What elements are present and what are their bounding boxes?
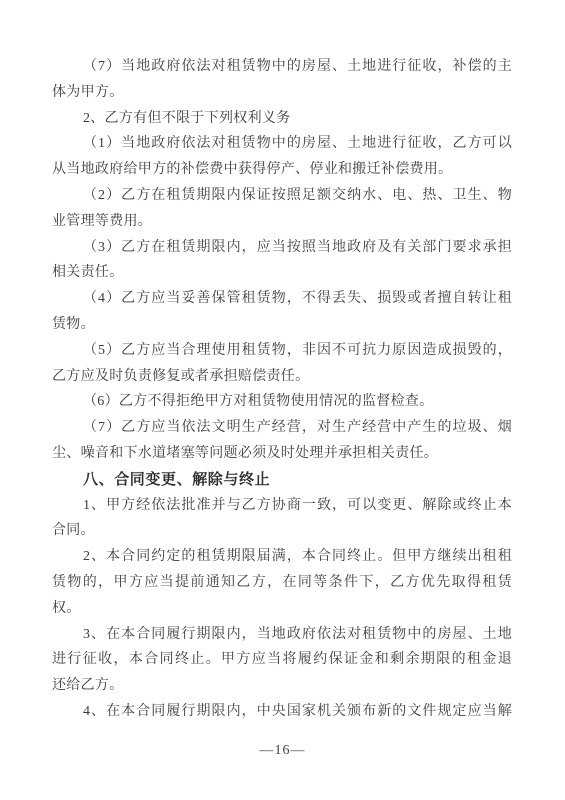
page-number: —16— <box>0 740 565 762</box>
text-line: 体为甲方。 <box>52 80 512 106</box>
contract-text-block: （7）当地政府依法对租赁物中的房屋、土地进行征收，补偿的主 体为甲方。 2、乙方… <box>52 54 512 725</box>
text-line: （4）乙方应当妥善保管租赁物，不得丢失、损毁或者擅自转让租 <box>52 286 512 312</box>
text-line: （1）当地政府依法对租赁物中的房屋、土地进行征收，乙方可以 <box>52 131 512 157</box>
text-line: 4、在本合同履行期限内，中央国家机关颁布新的文件规定应当解 <box>52 699 512 725</box>
text-line: 进行征收，本合同终止。甲方应当将履约保证金和剩余期限的租金退 <box>52 647 512 673</box>
text-line: 从当地政府给甲方的补偿费中获得停产、停业和搬迁补偿费用。 <box>52 157 512 183</box>
text-line: （2）乙方在租赁期限内保证按照足额交纳水、电、热、卫生、物 <box>52 183 512 209</box>
text-line: 3、在本合同履行期限内，当地政府依法对租赁物中的房屋、土地 <box>52 622 512 648</box>
document-page: （7）当地政府依法对租赁物中的房屋、土地进行征收，补偿的主 体为甲方。 2、乙方… <box>0 0 565 800</box>
text-line: 尘、噪音和下水道堵塞等问题必须及时处理并承担相关责任。 <box>52 441 512 467</box>
text-line: （6）乙方不得拒绝甲方对租赁物使用情况的监督检查。 <box>52 389 512 415</box>
text-line: 乙方应及时负责修复或者承担赔偿责任。 <box>52 364 512 390</box>
text-line: 赁物。 <box>52 312 512 338</box>
text-line: （7）当地政府依法对租赁物中的房屋、土地进行征收，补偿的主 <box>52 54 512 80</box>
text-line: 1、甲方经依法批准并与乙方协商一致，可以变更、解除或终止本 <box>52 493 512 519</box>
text-line: 2、本合同约定的租赁期限届满，本合同终止。但甲方继续出租租 <box>52 544 512 570</box>
text-line: 还给乙方。 <box>52 673 512 699</box>
text-line: （5）乙方应当合理使用租赁物，非因不可抗力原因造成损毁的， <box>52 338 512 364</box>
section-heading: 八、合同变更、解除与终止 <box>52 467 512 493</box>
text-line: 合同。 <box>52 518 512 544</box>
text-line: （7）乙方应当依法文明生产经营，对生产经营中产生的垃圾、烟 <box>52 415 512 441</box>
text-line: 2、乙方有但不限于下列权利义务 <box>52 106 512 132</box>
text-line: 业管理等费用。 <box>52 209 512 235</box>
text-line: 相关责任。 <box>52 260 512 286</box>
text-line: 赁物的，甲方应当提前通知乙方，在同等条件下，乙方优先取得租赁 <box>52 570 512 596</box>
text-line: （3）乙方在租赁期限内，应当按照当地政府及有关部门要求承担 <box>52 235 512 261</box>
text-line: 权。 <box>52 596 512 622</box>
